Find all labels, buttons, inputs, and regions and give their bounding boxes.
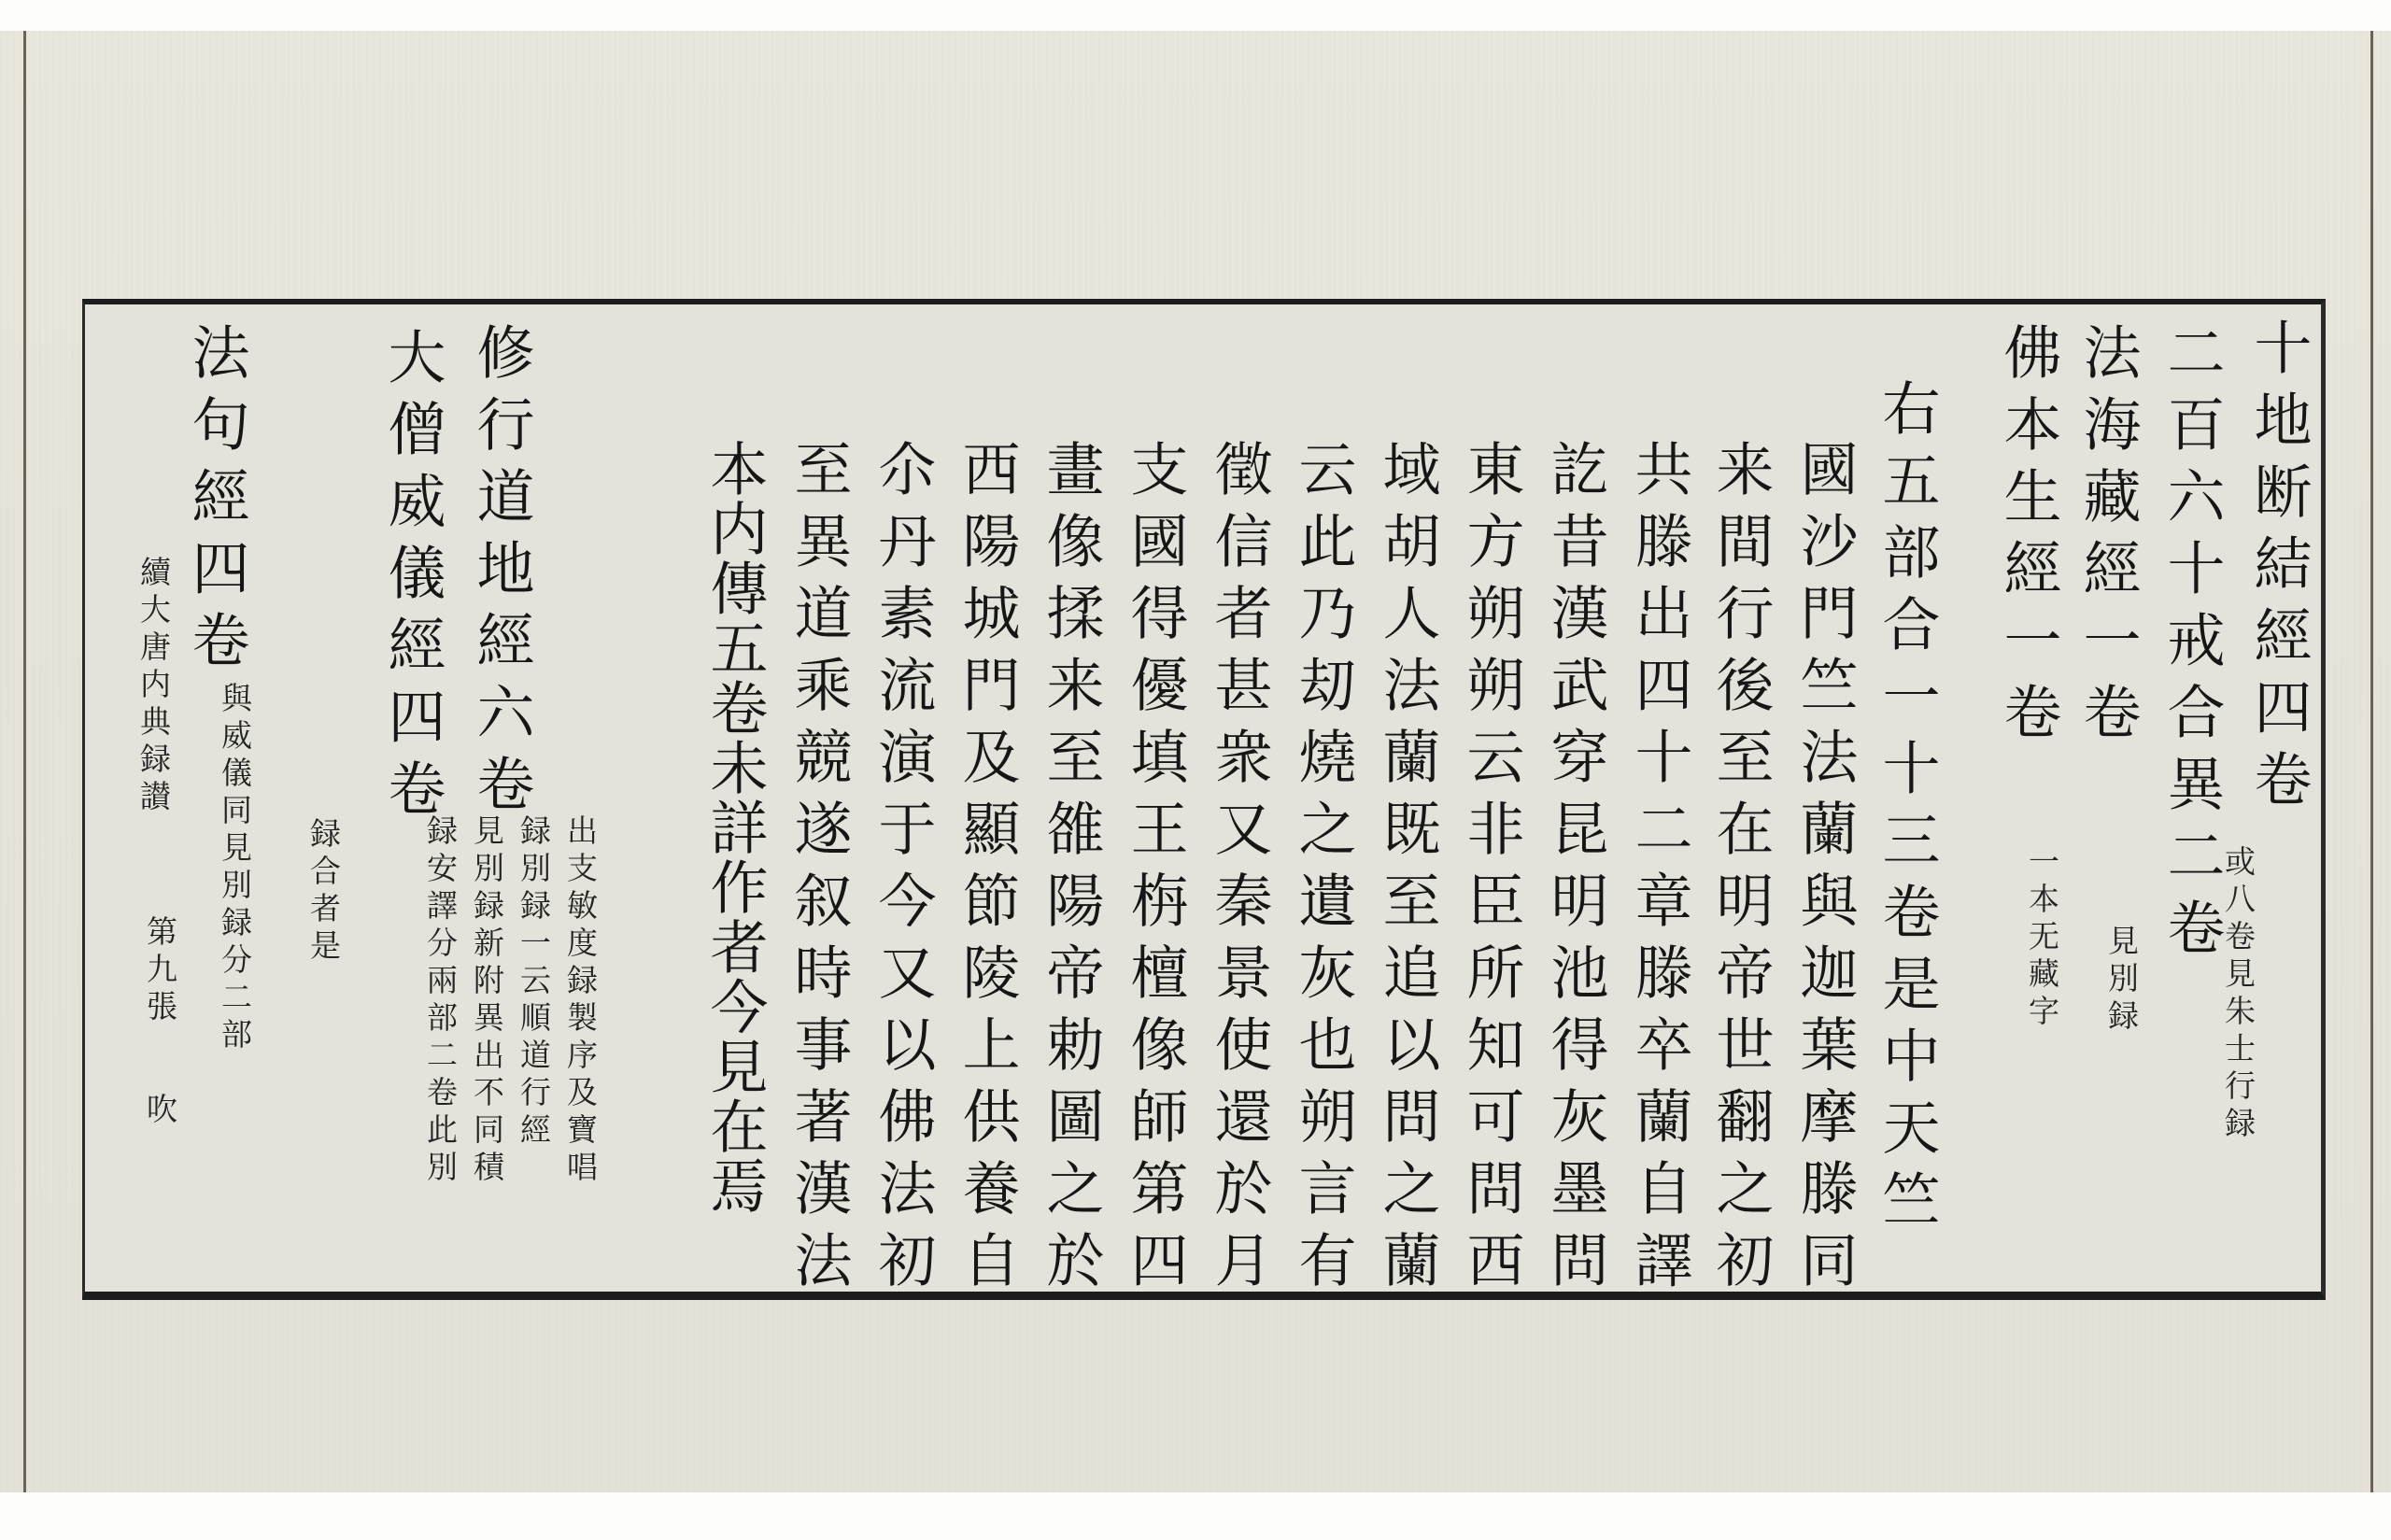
body-column-13: 尒丹素流演于今又以佛法初 bbox=[873, 439, 931, 1302]
body-column-4: 共滕出四十二章滕卒蘭自譯 bbox=[1630, 439, 1688, 1302]
body-column-3: 来間行後至在明帝世翻之初 bbox=[1711, 439, 1769, 1302]
note-xiuxing: 録合者是 bbox=[308, 817, 339, 967]
body-column-14: 至異道乘競遂叙時事著漢法 bbox=[789, 439, 847, 1302]
column-title-fahai: 法海藏經一卷 bbox=[2078, 322, 2136, 754]
body-column-6: 東方朔朔云非臣所知可問西 bbox=[1462, 439, 1520, 1302]
body-column-11: 畫像揉来至雒陽帝勅圖之於 bbox=[1041, 439, 1099, 1302]
note-fahai: 一本无藏字 bbox=[2027, 845, 2058, 1032]
note-erbai: 見別録 bbox=[2106, 925, 2137, 1037]
block-carver-mark: 吹 bbox=[145, 1093, 176, 1130]
note-col-1: 出支敏度録製序及寶唱 bbox=[565, 814, 596, 1188]
body-column-10: 支國得優填王栴檀像師第四 bbox=[1125, 439, 1183, 1302]
page-gutter-line-right bbox=[2370, 31, 2373, 1492]
column-title-shidi: 十地断結經四卷 bbox=[2249, 318, 2307, 821]
note-col-3: 見別録新附異出不同積 bbox=[472, 814, 502, 1188]
column-title-fobensheng: 佛本生經一卷 bbox=[1999, 322, 2057, 754]
body-column-8: 云此乃刧燒之遺灰也朔言有 bbox=[1294, 439, 1351, 1302]
note-col-4: 録安譯分兩部二卷此別 bbox=[425, 814, 456, 1188]
body-column-7: 域胡人法蘭既至追以問之蘭 bbox=[1378, 439, 1436, 1302]
column-title-xiuxing: 修行道地經六卷 bbox=[472, 322, 530, 826]
folio-number: 第九張 bbox=[145, 915, 176, 1027]
body-column-15: 本内傳五卷未詳作者今見在焉 bbox=[705, 439, 763, 1216]
note-shidi: 或八卷見朱士行録 bbox=[2223, 845, 2254, 1144]
page-gutter-line-left bbox=[23, 31, 26, 1492]
body-column-2: 國沙門竺法蘭與迦葉摩滕同 bbox=[1795, 439, 1853, 1302]
column-title-faju: 法句經四卷 bbox=[187, 322, 245, 682]
body-column-5: 訖昔漢武穿昆明池得灰墨問 bbox=[1546, 439, 1604, 1302]
body-column-12: 西陽城門及顯節陵上供養自 bbox=[957, 439, 1015, 1302]
note-dasengweiyi: 與威儀同見別録分二部 bbox=[219, 682, 250, 1055]
body-column-1: 右五部合一十三卷是中天竺 bbox=[1877, 378, 1935, 1241]
column-title-erbai: 二百六十戒合異二卷 bbox=[2162, 322, 2220, 969]
column-title-dasengweiyi: 大僧威儀經四卷 bbox=[383, 327, 441, 830]
note-col-2: 録別録一云順道行經 bbox=[518, 814, 549, 1151]
note-faju-colophon: 續大唐内典録讃 bbox=[138, 556, 169, 817]
body-column-9: 徵信者甚衆又秦景使還於月 bbox=[1210, 439, 1267, 1302]
